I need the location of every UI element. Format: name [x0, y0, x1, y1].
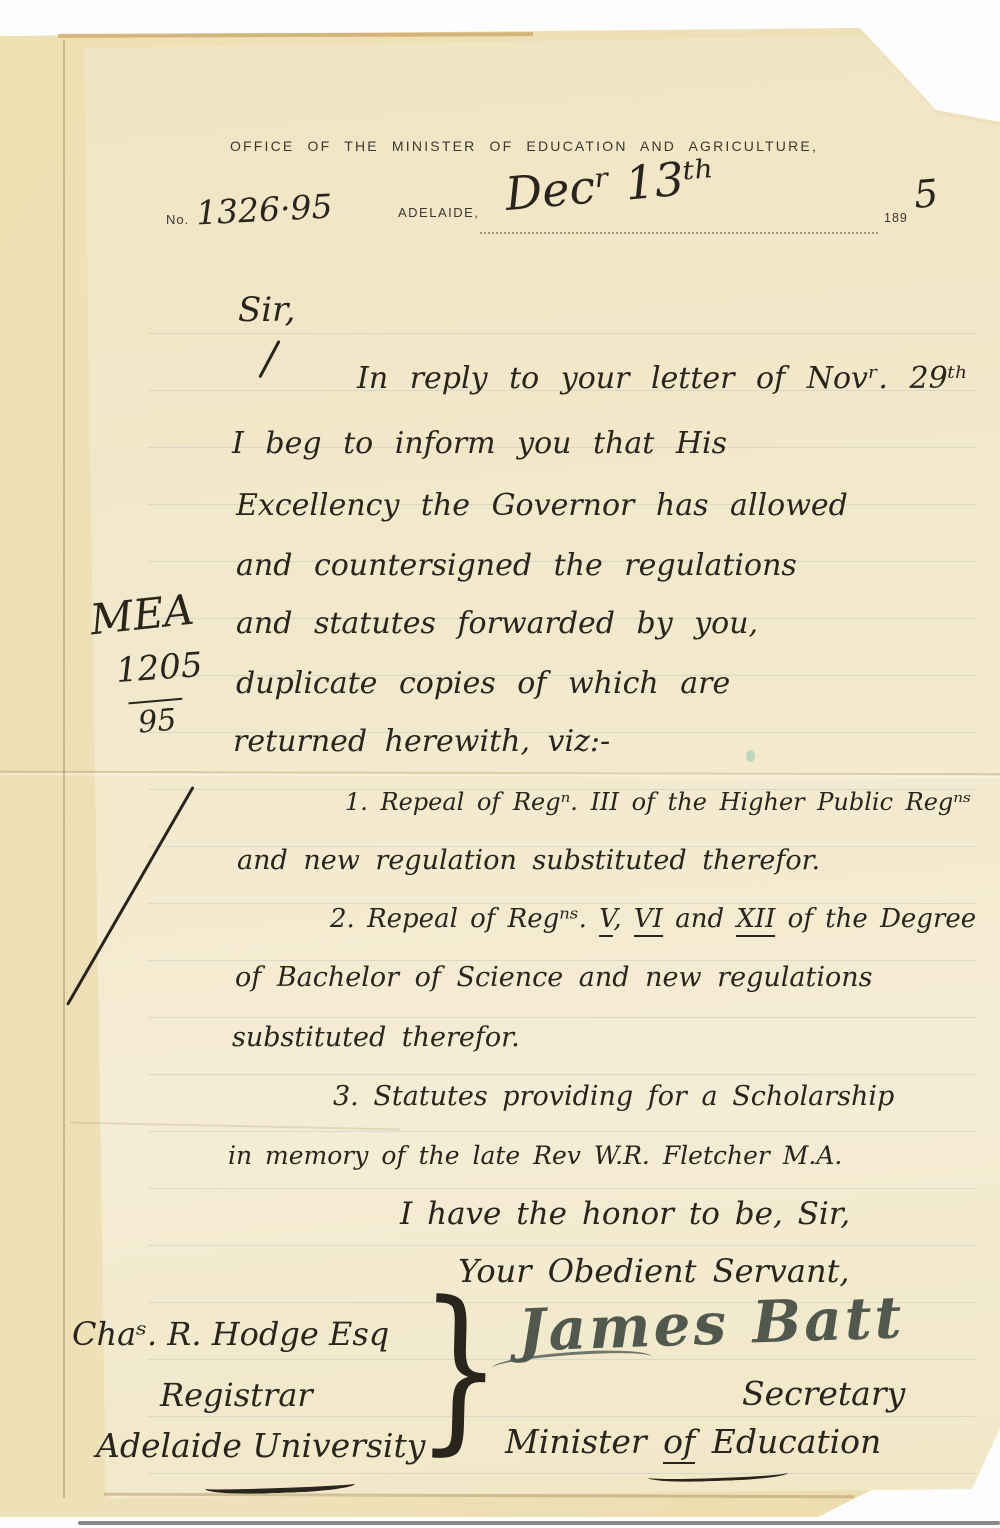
backing-sheet-fold-line	[63, 40, 65, 1498]
body-line: duplicate copies of which are	[236, 666, 730, 701]
margin-docket-number: 1205	[115, 645, 204, 691]
body-line: I beg to inform you that His	[232, 426, 727, 461]
letterhead-office-line: OFFICE OF THE MINISTER OF EDUCATION AND …	[84, 138, 964, 154]
item2-numeral-v: V	[599, 904, 613, 937]
item2-separator: ,	[613, 904, 634, 934]
printed-year-prefix: 189	[884, 211, 908, 225]
place-label: ADELAIDE,	[398, 205, 479, 220]
ruled-line	[148, 1074, 976, 1075]
item2-numeral-xii: XII	[736, 904, 775, 937]
body-line: and countersigned the regulations	[236, 548, 797, 583]
ruled-line	[148, 333, 976, 334]
closing-line-1: I have the honor to be, Sir,	[400, 1196, 850, 1232]
signature-title-secretary: Secretary	[742, 1374, 905, 1413]
closing-line-2: Your Obedient Servant,	[458, 1252, 850, 1290]
item2-text: of the Degree	[775, 904, 976, 934]
list-item-2-line-1: 2. Repeal of Regⁿˢ. V, VI and XII of the…	[330, 904, 976, 934]
signature-name: James Batt	[517, 1283, 905, 1364]
list-item-1-line-1: 1. Repeal of Regⁿ. III of the Higher Pub…	[345, 788, 971, 816]
item2-numeral-vi: VI	[634, 904, 663, 937]
ruled-line	[148, 960, 976, 961]
list-item-3-line-1: 3. Statutes providing for a Scholarship	[333, 1081, 894, 1112]
margin-docket-year: 95	[128, 698, 185, 742]
ruled-line	[148, 1017, 976, 1018]
minister-text: Education	[695, 1422, 881, 1461]
ink-fleck	[746, 750, 755, 762]
ruled-line	[148, 1245, 976, 1246]
minister-of-underlined: of	[663, 1422, 695, 1464]
addressee-title: Registrar	[160, 1376, 313, 1414]
addressee-name: Chaˢ. R. Hodge Esq	[72, 1315, 389, 1353]
ruled-line	[148, 1188, 976, 1189]
ref-number-label: No.	[166, 212, 189, 227]
item2-separator: and	[663, 904, 736, 934]
ruled-line	[148, 1473, 976, 1474]
addressee-organisation: Adelaide University	[96, 1426, 425, 1465]
list-item-2-line-2: of Bachelor of Science and new regulatio…	[235, 962, 872, 993]
list-item-3-line-2: in memory of the late Rev W.R. Fletcher …	[228, 1141, 842, 1170]
minister-text: Minister	[505, 1422, 663, 1461]
ref-number-value: 1326·95	[195, 186, 333, 232]
scan-edge-line	[78, 1521, 1000, 1525]
ruled-line	[148, 1131, 976, 1132]
scanned-letter: OFFICE OF THE MINISTER OF EDUCATION AND …	[0, 0, 1000, 1528]
signature-title-minister: Minister of Education	[505, 1422, 881, 1461]
handwritten-year-digit: 5	[912, 171, 940, 217]
brace-mark: }	[415, 1263, 504, 1475]
body-line: and statutes forwarded by you,	[236, 606, 758, 641]
ruled-line	[148, 1416, 976, 1417]
item2-text: 2. Repeal of Regⁿˢ.	[330, 904, 599, 934]
body-line: Excellency the Governor has allowed	[236, 488, 848, 523]
body-line: returned herewith, viz:-	[233, 724, 610, 759]
list-item-1-line-2: and new regulation substituted therefor.	[237, 845, 820, 876]
body-line: In reply to your letter of Novʳ. 29ᵗʰ	[357, 361, 968, 396]
list-item-2-line-3: substituted therefor.	[232, 1022, 520, 1053]
salutation: Sir,	[238, 290, 296, 330]
